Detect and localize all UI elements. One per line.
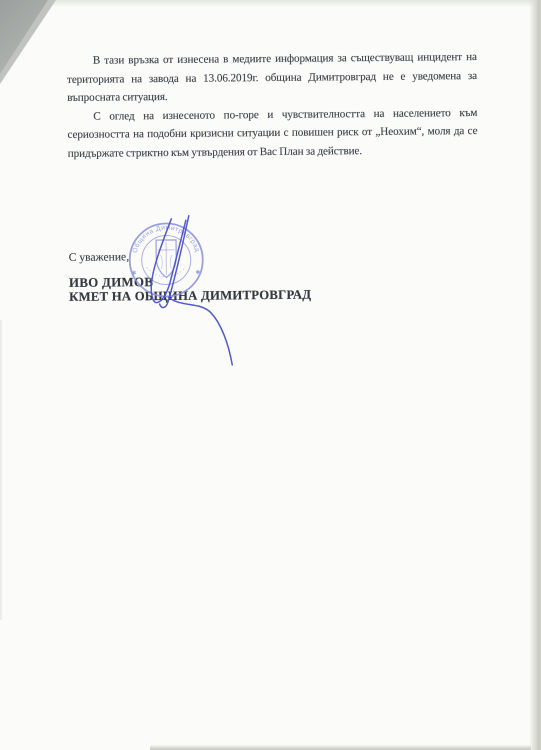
signer-title: КМЕТ НА ОБЩИНА ДИМИТРОВГРАД <box>69 288 311 304</box>
signer-name: ИВО ДИМОВ <box>69 275 153 290</box>
stamp-shield-emblem <box>156 240 176 278</box>
stamp-arc-text-container: Община Димитровград <box>131 224 200 254</box>
letter-content: В тази връзка от изнесена в медиите инфо… <box>0 0 541 750</box>
letter-line: сериозността на подобни кризисни ситуаци… <box>67 122 477 145</box>
letter-body: В тази връзка от изнесена в медиите инфо… <box>67 48 478 163</box>
closing-salutation: С уважение, <box>69 250 129 264</box>
stamp-arc-text: Община Димитровград <box>131 224 200 254</box>
scanned-letter-page: В тази връзка от изнесена в медиите инфо… <box>0 0 541 750</box>
letter-line: придържате стриктно към утвърдения от Ва… <box>68 141 478 164</box>
stamp-star-right: ✱ <box>195 269 200 276</box>
